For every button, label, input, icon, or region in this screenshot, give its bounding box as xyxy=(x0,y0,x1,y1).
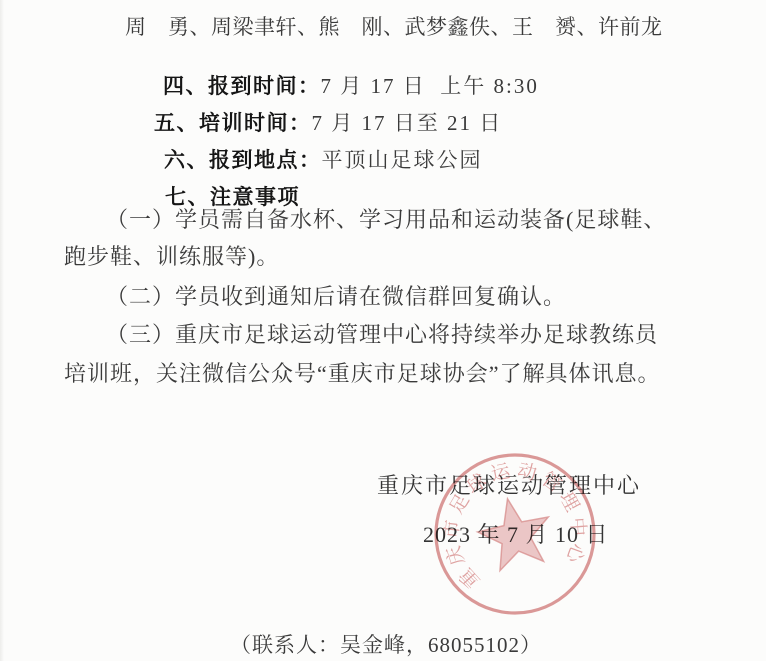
attendee-names-line: 周 勇、周梁聿轩、熊 刚、武梦鑫佚、王 赟、许前龙 xyxy=(125,11,663,41)
note1-line2: 跑步鞋、训练服等)。 xyxy=(64,240,279,271)
note2-line: （二）学员收到通知后请在微信群回复确认。 xyxy=(106,280,566,311)
signature-org-name: 重庆市足球运动管理中心 xyxy=(377,469,641,500)
signature-date: 2023 年 7 月 10 日 xyxy=(423,518,609,549)
note3-line1: （三）重庆市足球运动管理中心将持续举办足球教练员 xyxy=(106,318,658,349)
note3-line2: 培训班，关注微信公众号“重庆市足球协会”了解具体讯息。 xyxy=(64,357,661,388)
scanned-notice-page: 周 勇、周梁聿轩、熊 刚、武梦鑫佚、王 赟、许前龙 四、报到时间：7 月 17 … xyxy=(0,0,766,661)
item-report-place-value: 平顶山足球公园 xyxy=(322,148,483,172)
note1-line1: （一）学员需自备水杯、学习用品和运动装备(足球鞋、 xyxy=(106,203,666,234)
contact-line: （联系人：吴金峰，68055102） xyxy=(230,629,542,659)
